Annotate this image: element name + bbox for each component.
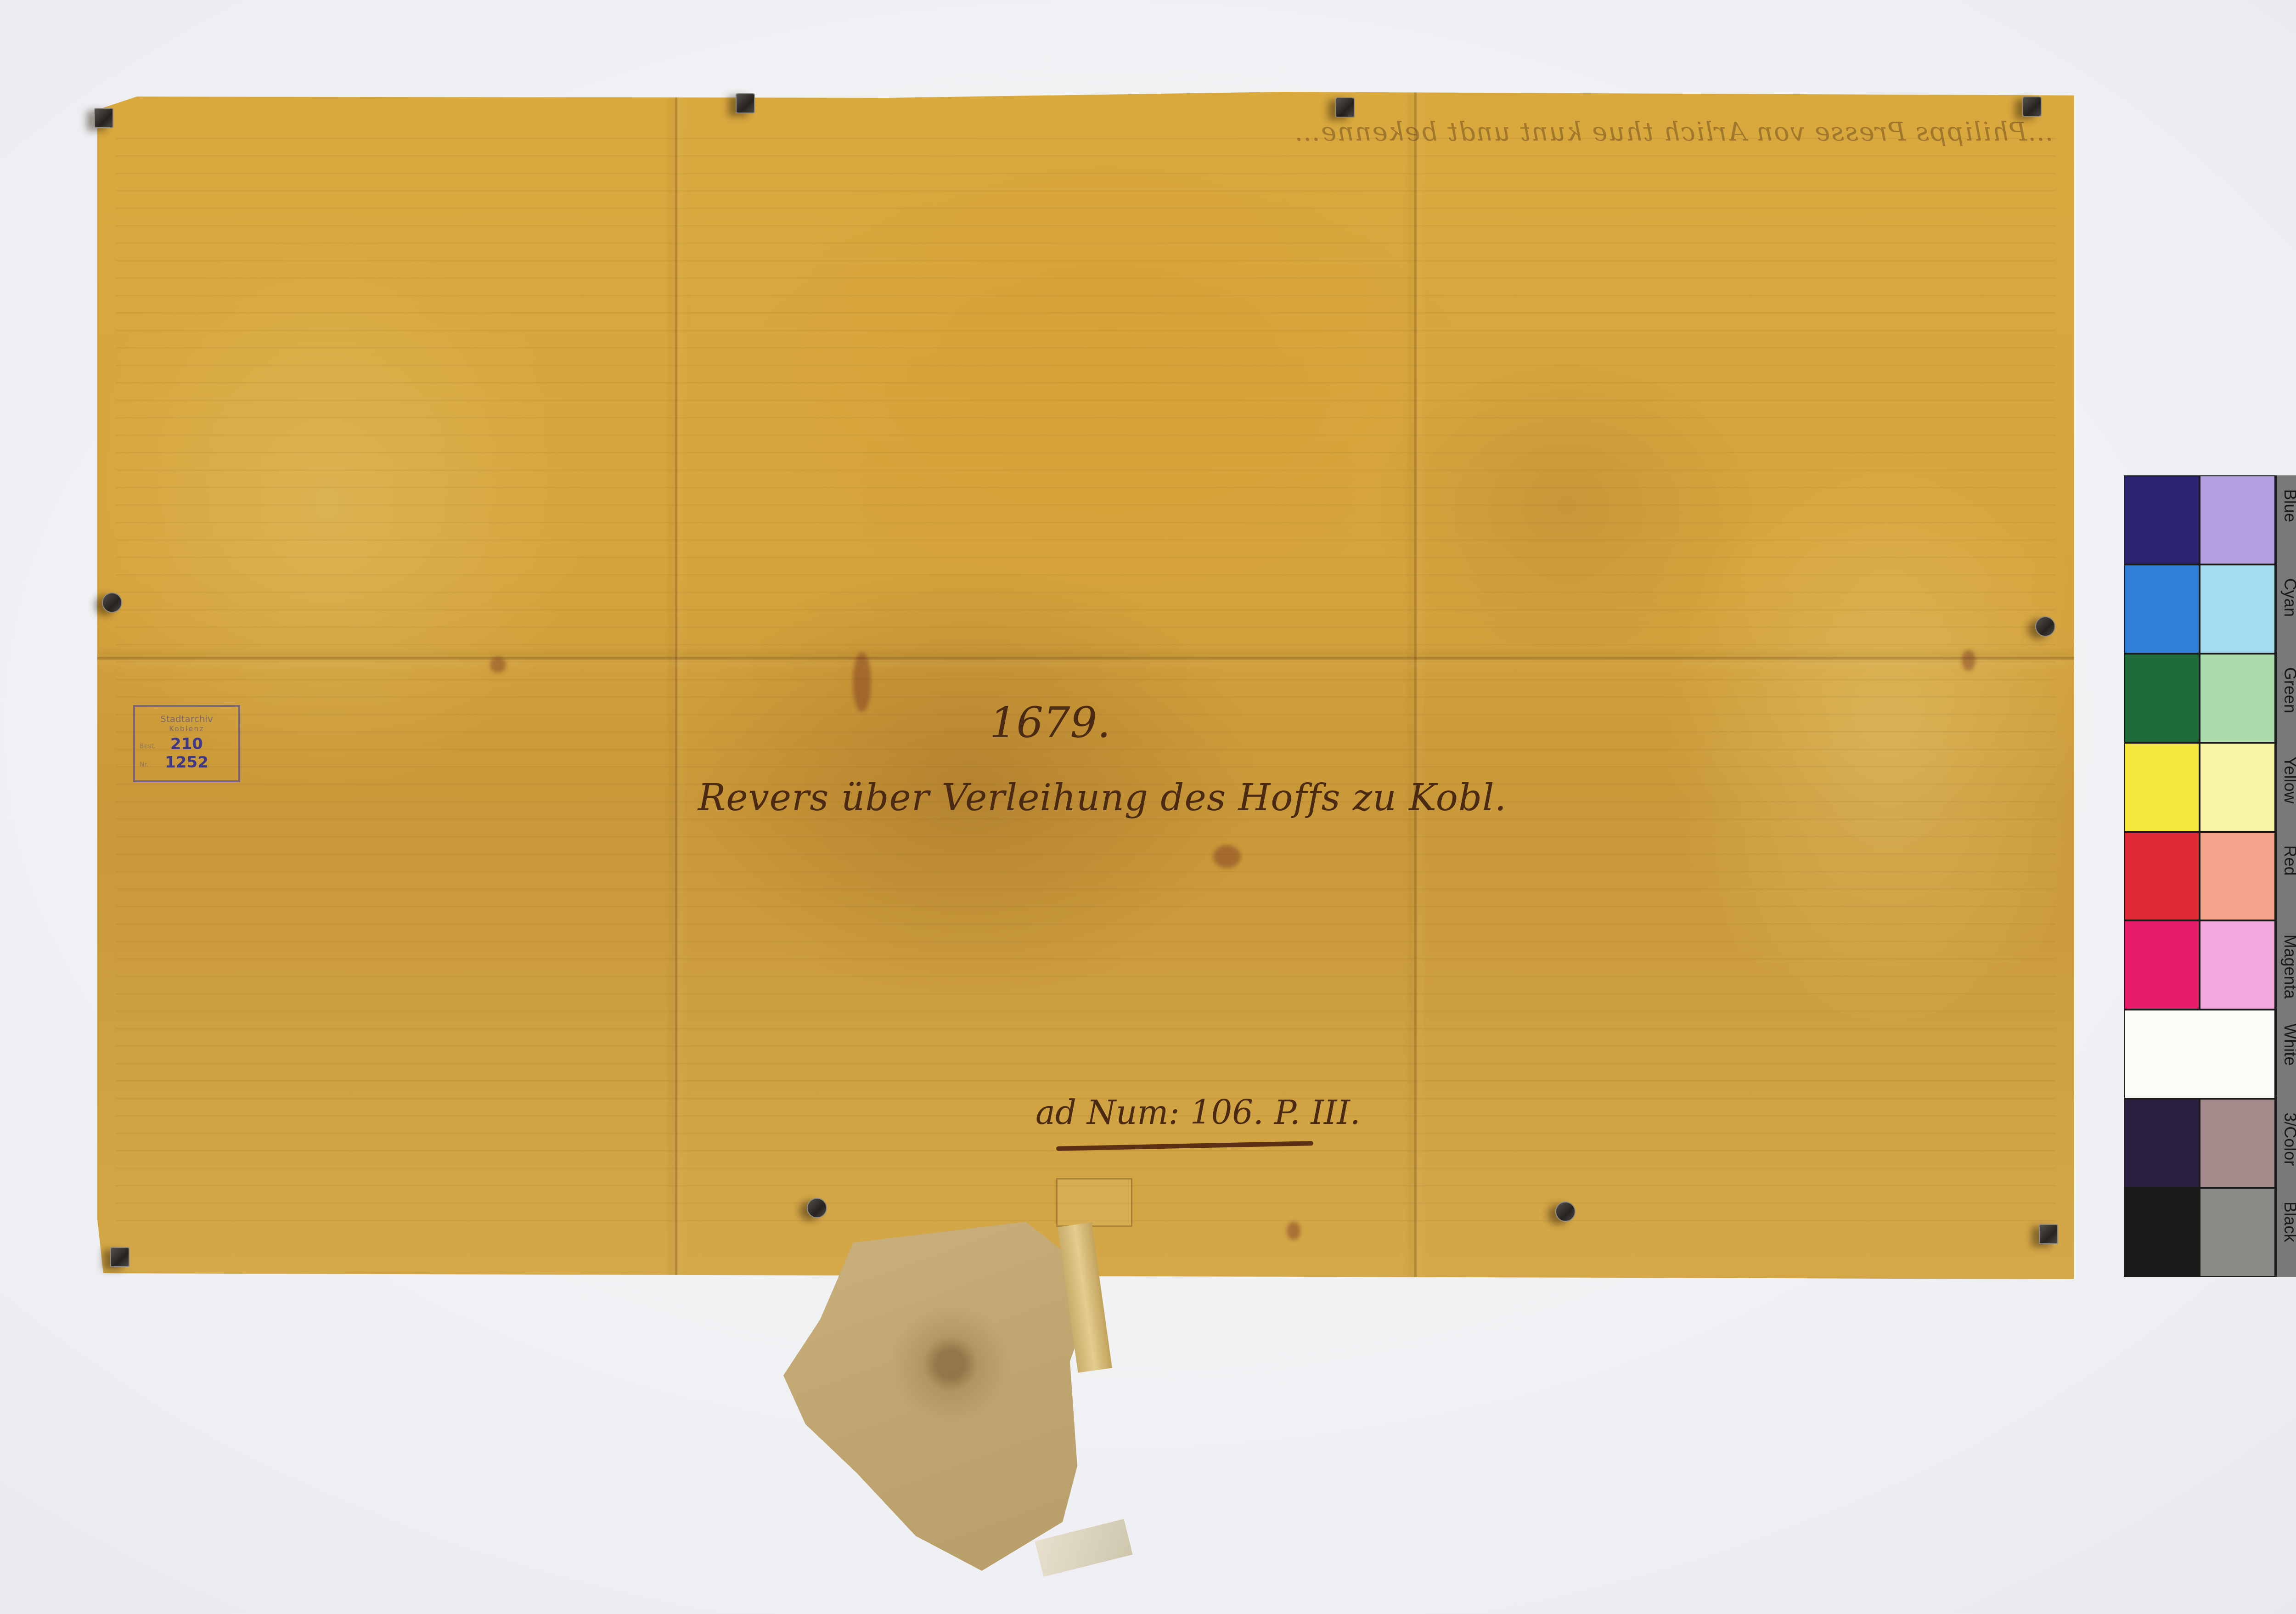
patch-label: 3/Color <box>2277 1099 2296 1188</box>
ink-stain <box>490 657 506 673</box>
magnet-weight-icon <box>2022 96 2042 117</box>
patch-cyan-dark <box>2124 564 2200 654</box>
patch-label: Green <box>2277 654 2296 743</box>
ink-stain <box>1962 650 1975 671</box>
magnet-weight-icon <box>2035 616 2055 637</box>
magnet-weight-icon <box>736 93 755 113</box>
stamp-city: Koblenz <box>135 724 238 733</box>
bleed-through-text-lines <box>116 124 2056 1226</box>
kodak-color-control-strip: inches 1 2 3 4 5 6 7 8 cm 1 2 3 4 5 6 7 … <box>2124 475 2296 1277</box>
measurement-ruler: inches 1 2 3 4 5 6 7 8 cm 1 2 3 4 5 6 7 … <box>2275 475 2296 1277</box>
magnet-weight-icon <box>2039 1224 2058 1244</box>
stamp-item-label: Nr. <box>140 761 148 768</box>
patch-label: Magenta <box>2277 920 2296 1010</box>
color-patches <box>2124 475 2275 1277</box>
bleed-through-heading: …Philipps Presse von Arlich thue kunt un… <box>125 117 2054 147</box>
patch-magenta-dark <box>2124 920 2200 1010</box>
patch-3color-dark <box>2124 1099 2200 1188</box>
patch-label: Black <box>2277 1188 2296 1277</box>
ink-stain <box>1287 1222 1300 1240</box>
patch-blue-dark <box>2124 475 2200 564</box>
patch-red-light <box>2200 832 2275 921</box>
endorsement-title: Revers über Verleihung des Hoffs zu Kobl… <box>698 776 1507 819</box>
vertical-fold-line-2 <box>1414 92 1417 1279</box>
patch-label: Cyan <box>2277 564 2296 654</box>
patch-label: White <box>2277 1010 2296 1099</box>
patch-name-labels: Blue Cyan Green Yellow Red Magenta White… <box>2277 475 2296 1277</box>
magnet-weight-icon <box>94 108 113 128</box>
patch-magenta-light <box>2200 920 2275 1010</box>
magnet-weight-icon <box>102 593 122 613</box>
magnet-weight-icon <box>807 1198 827 1218</box>
archive-stamp: Stadtarchiv Koblenz Best. 210 Nr. 1252 <box>133 705 240 782</box>
patch-black-dark <box>2124 1188 2200 1277</box>
stamp-fonds-label: Best. <box>140 743 156 750</box>
patch-red-dark <box>2124 832 2200 921</box>
magnet-weight-icon <box>1335 97 1355 118</box>
patch-green-light <box>2200 654 2275 743</box>
ink-stain <box>853 652 871 712</box>
endorsement-shelfmark: ad Num: 106. P. III. <box>1035 1093 1361 1132</box>
patch-yellow-light <box>2200 743 2275 832</box>
patch-3color-light <box>2200 1099 2275 1188</box>
patch-label: Blue <box>2277 475 2296 564</box>
stamp-archive-name: Stadtarchiv <box>135 713 238 724</box>
patch-label: Red <box>2277 832 2296 921</box>
stamp-item-number: 1252 <box>135 753 238 772</box>
patch-label: Yellow <box>2277 743 2296 832</box>
magnet-weight-icon <box>1555 1202 1576 1222</box>
seal-strap-slot <box>1056 1178 1132 1227</box>
patch-green-dark <box>2124 654 2200 743</box>
patch-yellow-dark <box>2124 743 2200 832</box>
patch-cyan-light <box>2200 564 2275 654</box>
ink-stain <box>1213 845 1241 868</box>
endorsement-year: 1679. <box>990 698 1110 747</box>
vertical-fold-line-1 <box>675 92 677 1279</box>
patch-white <box>2124 1010 2275 1099</box>
patch-black-light <box>2200 1188 2275 1277</box>
magnet-weight-icon <box>110 1247 129 1267</box>
horizontal-fold-line <box>97 657 2074 660</box>
patch-blue-light <box>2200 475 2275 564</box>
